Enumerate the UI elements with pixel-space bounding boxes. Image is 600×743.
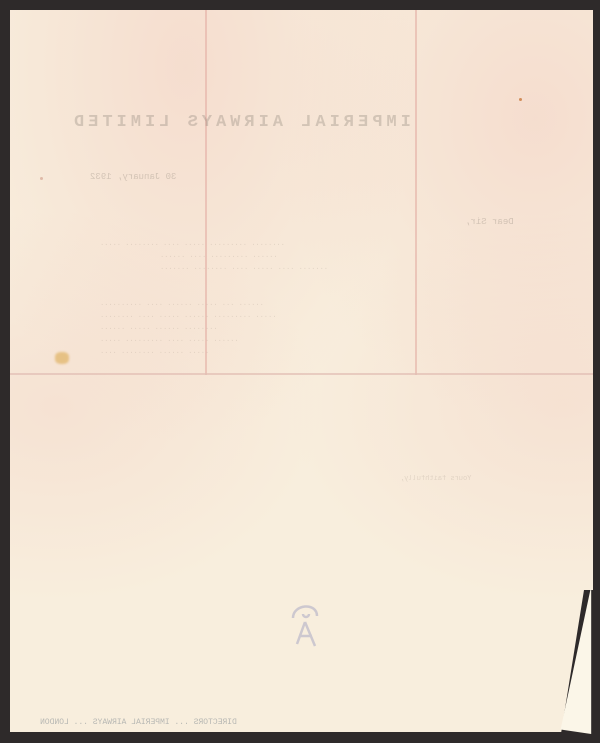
- body-line: ........ ......... ..... .... ........ .…: [100, 240, 285, 248]
- body-line: ..... ...... ........ ....: [100, 348, 209, 356]
- body-line: ....... .... ..... .... ........ .......: [160, 264, 328, 272]
- footer-bleedthrough: DIRECTORS ... IMPERIAL AIRWAYS ... LONDO…: [40, 718, 237, 727]
- body-line: ........ ...... ..... ......: [100, 324, 218, 332]
- foxing-dot: [519, 98, 522, 101]
- body-line: ...... ......... .... ......: [160, 252, 278, 260]
- foxing-dot: [40, 177, 43, 180]
- body-line: ..... ......... ...... ..... .... ......…: [100, 312, 276, 320]
- letterhead-bleedthrough: IMPERIAL AIRWAYS LIMITED: [70, 113, 411, 132]
- salutation-bleedthrough: Dear Sir,: [465, 217, 514, 227]
- body-line: ...... ... ..... ...... .... ..........: [100, 300, 264, 308]
- closing-bleedthrough: Yours faithfully,: [400, 475, 471, 483]
- body-line: ...... ..... .... ......... .....: [100, 336, 239, 344]
- date-bleedthrough: 30 January, 1932: [90, 172, 176, 182]
- foxing-stain: [55, 352, 69, 364]
- fold-line-vertical-right: [415, 10, 417, 375]
- fold-line-vertical-left: [205, 10, 207, 375]
- fold-line-horizontal: [10, 373, 593, 375]
- embossed-signature-mark: [285, 600, 325, 650]
